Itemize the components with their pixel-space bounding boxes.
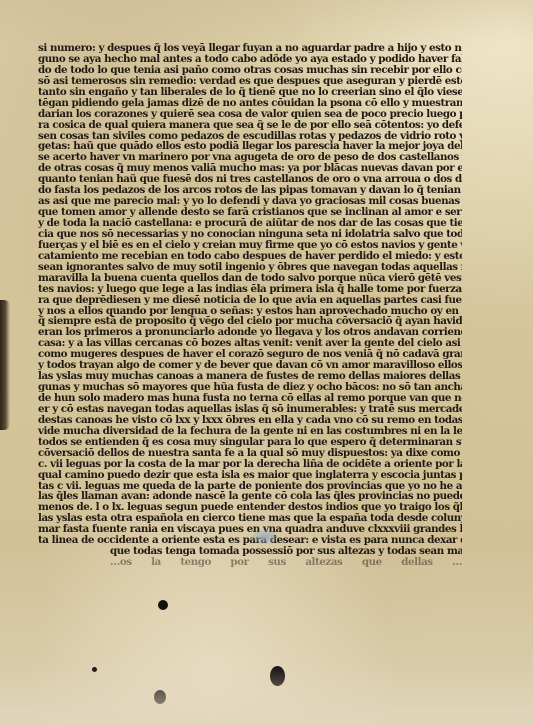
text-line: getas: haũ que quādo ellos esto podiā ll… (38, 141, 462, 152)
text-line: quanto tenian haũ que fuesē dos ni tres … (38, 174, 462, 185)
text-line: sean ignorantes salvo de muy sotil ingen… (38, 262, 462, 273)
text-line: y de toda la naciō castellana: e procurā… (38, 218, 462, 229)
text-line: ra que deprēdiesen y me diesē noticia de… (38, 295, 462, 306)
text-line: ra cosica de qual quiera manera que sea … (38, 120, 462, 131)
text-line: de otras cosas q̃ muy menos valiā mucho … (38, 163, 462, 174)
text-line: casa: y a las villas cercanas cō bozes a… (38, 338, 462, 349)
text-line: las yslas esta otra española en cierco t… (38, 513, 462, 524)
text-line: c. vii leguas por la costa de la mar por… (38, 459, 462, 470)
left-edge-stain (0, 300, 10, 430)
text-line: gunas y muchas sō mayores que hũa fusta … (38, 382, 462, 393)
ink-blot-1 (158, 600, 168, 610)
text-line: er y cō estas navegan todas aquellas isl… (38, 404, 462, 415)
text-line: tanto sin engaño y tan liberales de lo q… (38, 87, 462, 98)
text-line: que tomen amor y allende desto se farā c… (38, 207, 462, 218)
text-line: sō asi temerosos sin remedio: verdad es … (38, 76, 462, 87)
text-line: destas canoas he visto cō lxx y lxxx ōbr… (38, 415, 462, 426)
text-line: las yslas muy muchas canoas a manera de … (38, 371, 462, 382)
text-line: como mugeres despues de haver el corazō … (38, 349, 462, 360)
text-line: todos se entienden q̃ es cosa muy singul… (38, 437, 462, 448)
text-line: y nos a ellos quando por lengua o señas:… (38, 306, 462, 317)
text-line: …os la tengo por sus altezas que dellas … (38, 557, 462, 568)
text-line: de hun solo madero mas huna fusta no ter… (38, 393, 462, 404)
text-line: se acerto haver vn marinero por vna agug… (38, 152, 462, 163)
blue-ink-smudge (252, 530, 278, 544)
text-line: si numero: y despues q̃ los veyā llegar … (38, 43, 462, 54)
text-line: mar fasta fuente rania en viscaya pues e… (38, 524, 462, 535)
text-line: fuerças y el biē es en el cielo y creian… (38, 240, 462, 251)
scanned-page: si numero: y despues q̃ los veyā llegar … (0, 0, 533, 725)
text-line: darian los corazones y quierē sea cosa d… (38, 109, 462, 120)
text-line: eran los primeros a pronunciarlo adonde … (38, 327, 462, 338)
text-line: tēgan pidiendo gela jamas dizē de no ant… (38, 98, 462, 109)
paper-wear-bottom (0, 665, 533, 725)
text-line: maravilla la buena cuenta quellos dan de… (38, 273, 462, 284)
paper-wear-top (0, 0, 533, 45)
text-line: cia que nos sō necessarias y no conocian… (38, 229, 462, 240)
text-line: y todos trayan algo de comer y de bever … (38, 360, 462, 371)
text-line: catamiento me recebian en todo cabo desp… (38, 251, 462, 262)
text-line: tas c vii. leguas me queda de la parte d… (38, 481, 462, 492)
text-line: tes navios: y luego que lege a las india… (38, 284, 462, 295)
text-line: guno se aya hecho mal antes a todo cabo … (38, 54, 462, 65)
text-line: as asi que me parecio mal: y yo lo defen… (38, 196, 462, 207)
text-line: vide mucha diversidad de la fechura de l… (38, 426, 462, 437)
text-line: las q̃les llaman avan: adonde nascē la g… (38, 491, 462, 502)
text-line: menos de. l o lx. leguas segun puede ent… (38, 502, 462, 513)
text-line: do fasta los pedazos de los arcos rotos … (38, 185, 462, 196)
text-line: sen cosas tan siviles como pedazos de es… (38, 131, 462, 142)
text-line: qual camino puedo dezir que esta isla es… (38, 470, 462, 481)
text-line: ta linea de occidente a oriente esta es … (38, 535, 462, 546)
blackletter-text-block: si numero: y despues q̃ los veyā llegar … (38, 43, 462, 568)
text-line: q̃ siempre estā de proposito q̃ vēgo del… (38, 316, 462, 327)
text-line: que todas tenga tomada possessiō por sus… (38, 546, 462, 557)
text-line: do de todo lo que tenia asi paño como ot… (38, 65, 462, 76)
text-line: cōversaciō dellos de nuestra santa fe a … (38, 448, 462, 459)
